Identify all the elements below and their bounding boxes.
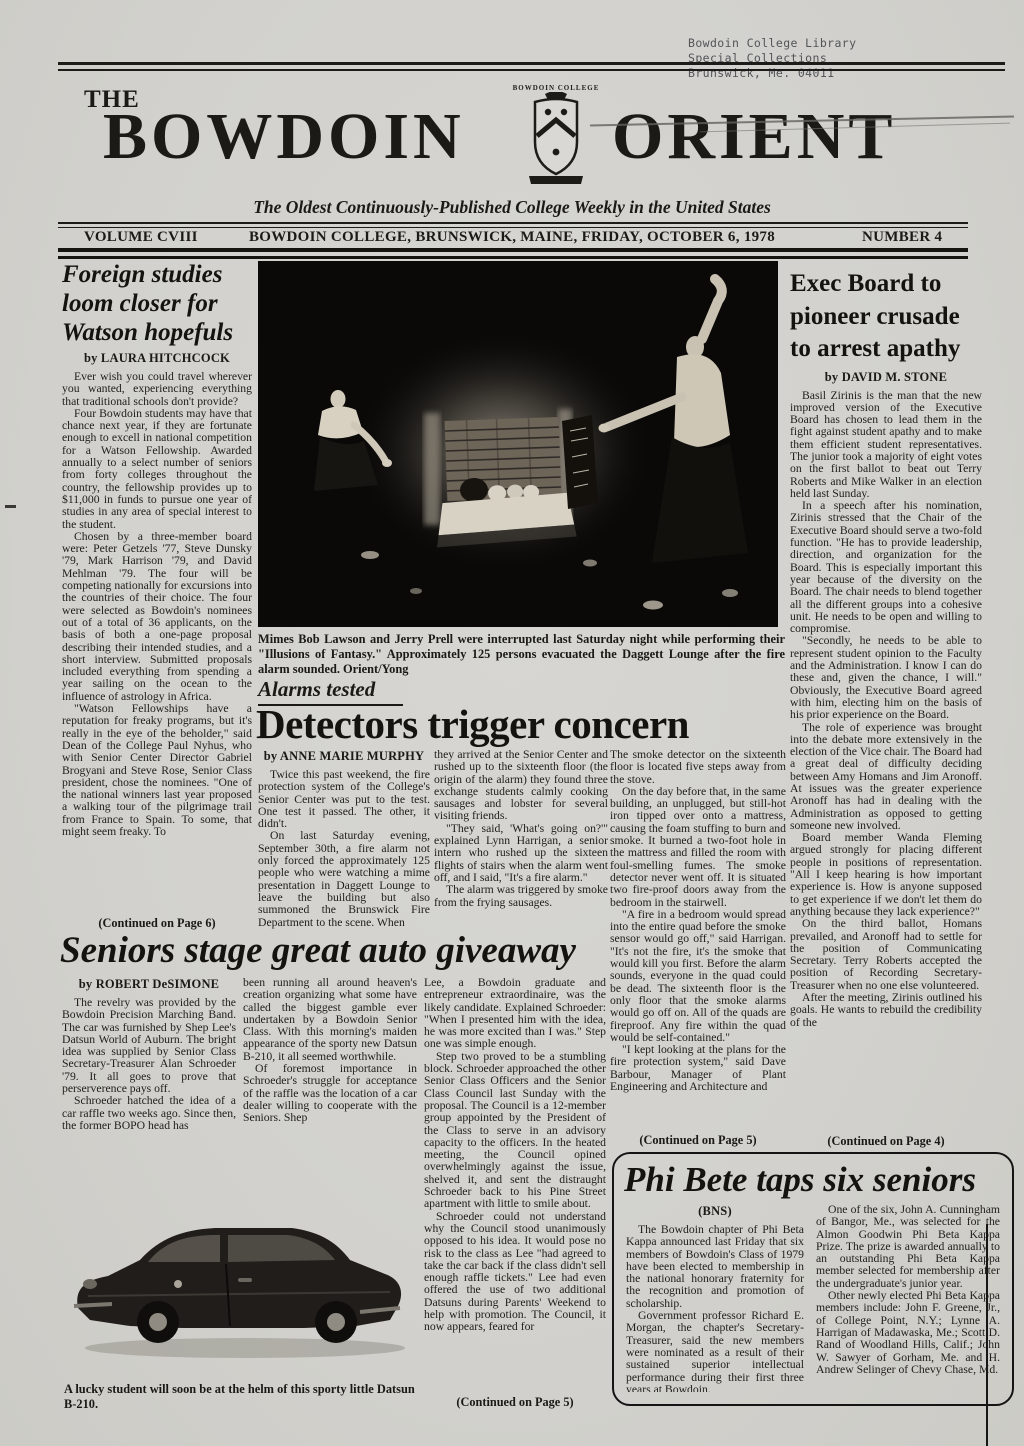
detectors-headline: Detectors trigger concern — [256, 700, 689, 748]
article-watson-fellowship: Foreign studies loom closer for Watson h… — [62, 260, 252, 932]
stamp-line: Bowdoin College Library — [688, 36, 856, 51]
detectors-column-1: by ANNE MARIE MURPHY Twice this past wee… — [258, 749, 430, 933]
auto-byline: by ROBERT DeSIMONE — [62, 977, 236, 992]
auto-body-3: Lee, a Bowdoin graduate and entrepreneur… — [424, 977, 606, 1334]
auto-body-1: The revelry was provided by the Bowdoin … — [62, 997, 236, 1132]
datsun-car-image — [60, 1180, 416, 1372]
phi-column-1: (BNS) The Bowdoin chapter of Phi Beta Ka… — [626, 1204, 804, 1392]
watson-body: Ever wish you could travel wherever you … — [62, 371, 252, 838]
masthead-tagline: The Oldest Continuously-Published Colleg… — [0, 197, 1024, 218]
top-rule — [58, 62, 1005, 71]
library-stamp: Bowdoin College Library Special Collecti… — [688, 36, 856, 81]
detectors-byline: by ANNE MARIE MURPHY — [258, 749, 430, 764]
newspaper-page: Bowdoin College Library Special Collecti… — [0, 0, 1024, 1446]
article-phi-bete-box: Phi Bete taps six seniors (BNS) The Bowd… — [612, 1152, 1014, 1406]
phi-headline: Phi Bete taps six seniors — [624, 1160, 1012, 1200]
datsun-car-photo — [60, 1180, 416, 1372]
detectors-column-3: The smoke detector on the sixteenth floo… — [610, 749, 786, 1149]
exec-headline: Exec Board to pioneer crusade to arrest … — [790, 268, 982, 366]
phi-byline: (BNS) — [626, 1204, 804, 1219]
detectors-continued: (Continued on Page 5) — [610, 1133, 786, 1148]
auto-body-2: been running all around heaven's creatio… — [243, 977, 417, 1125]
masthead-title-left: BOWDOIN — [103, 104, 465, 170]
margin-dash — [5, 505, 16, 508]
masthead-title-right: ORIENT — [612, 104, 896, 170]
watson-byline: by LAURA HITCHCOCK — [62, 351, 252, 366]
article-exec-board: Exec Board to pioneer crusade to arrest … — [790, 268, 982, 1150]
detectors-body-1: Twice this past weekend, the fire protec… — [258, 769, 430, 929]
dateline-rule-top — [58, 222, 968, 228]
datsun-photo-caption: A lucky student will soon be at the helm… — [64, 1382, 424, 1412]
detectors-body-3: The smoke detector on the sixteenth floo… — [610, 749, 786, 1093]
watson-headline: Foreign studies loom closer for Watson h… — [62, 260, 252, 347]
exec-continued: (Continued on Page 4) — [790, 1134, 982, 1149]
issue-number-label: NUMBER 4 — [862, 229, 942, 246]
auto-continued: (Continued on Page 5) — [424, 1395, 606, 1410]
phi-column-2: One of the six, John A. Cunningham of Ba… — [816, 1204, 1000, 1392]
bowdoin-crest-icon: BOWDOIN COLLEGE — [512, 84, 600, 192]
phi-body-1: The Bowdoin chapter of Phi Beta Kappa an… — [626, 1224, 804, 1392]
auto-column-3: Lee, a Bowdoin graduate and entrepreneur… — [424, 977, 606, 1411]
crest-shield — [515, 92, 597, 190]
dateline-rule-bottom — [58, 248, 968, 259]
exec-byline: by DAVID M. STONE — [790, 370, 982, 385]
phi-body-2: One of the six, John A. Cunningham of Ba… — [816, 1204, 1000, 1376]
auto-column-1: by ROBERT DeSIMONE The revelry was provi… — [62, 977, 236, 1175]
exec-body: Basil Zirinis is the man that the new im… — [790, 390, 982, 1029]
page-edge-line — [986, 1224, 988, 1446]
mime-performance-photo — [258, 261, 778, 627]
crest-label: BOWDOIN COLLEGE — [512, 84, 600, 92]
detectors-body-2: they arrived at the Senior Center and ru… — [434, 749, 608, 909]
mime-photo-image — [258, 261, 778, 627]
detectors-column-2: they arrived at the Senior Center and ru… — [434, 749, 608, 933]
auto-column-2: been running all around heaven's creatio… — [243, 977, 417, 1175]
auto-headline: Seniors stage great auto giveaway — [60, 929, 576, 972]
mime-photo-caption: Mimes Bob Lawson and Jerry Prell were in… — [258, 632, 785, 677]
